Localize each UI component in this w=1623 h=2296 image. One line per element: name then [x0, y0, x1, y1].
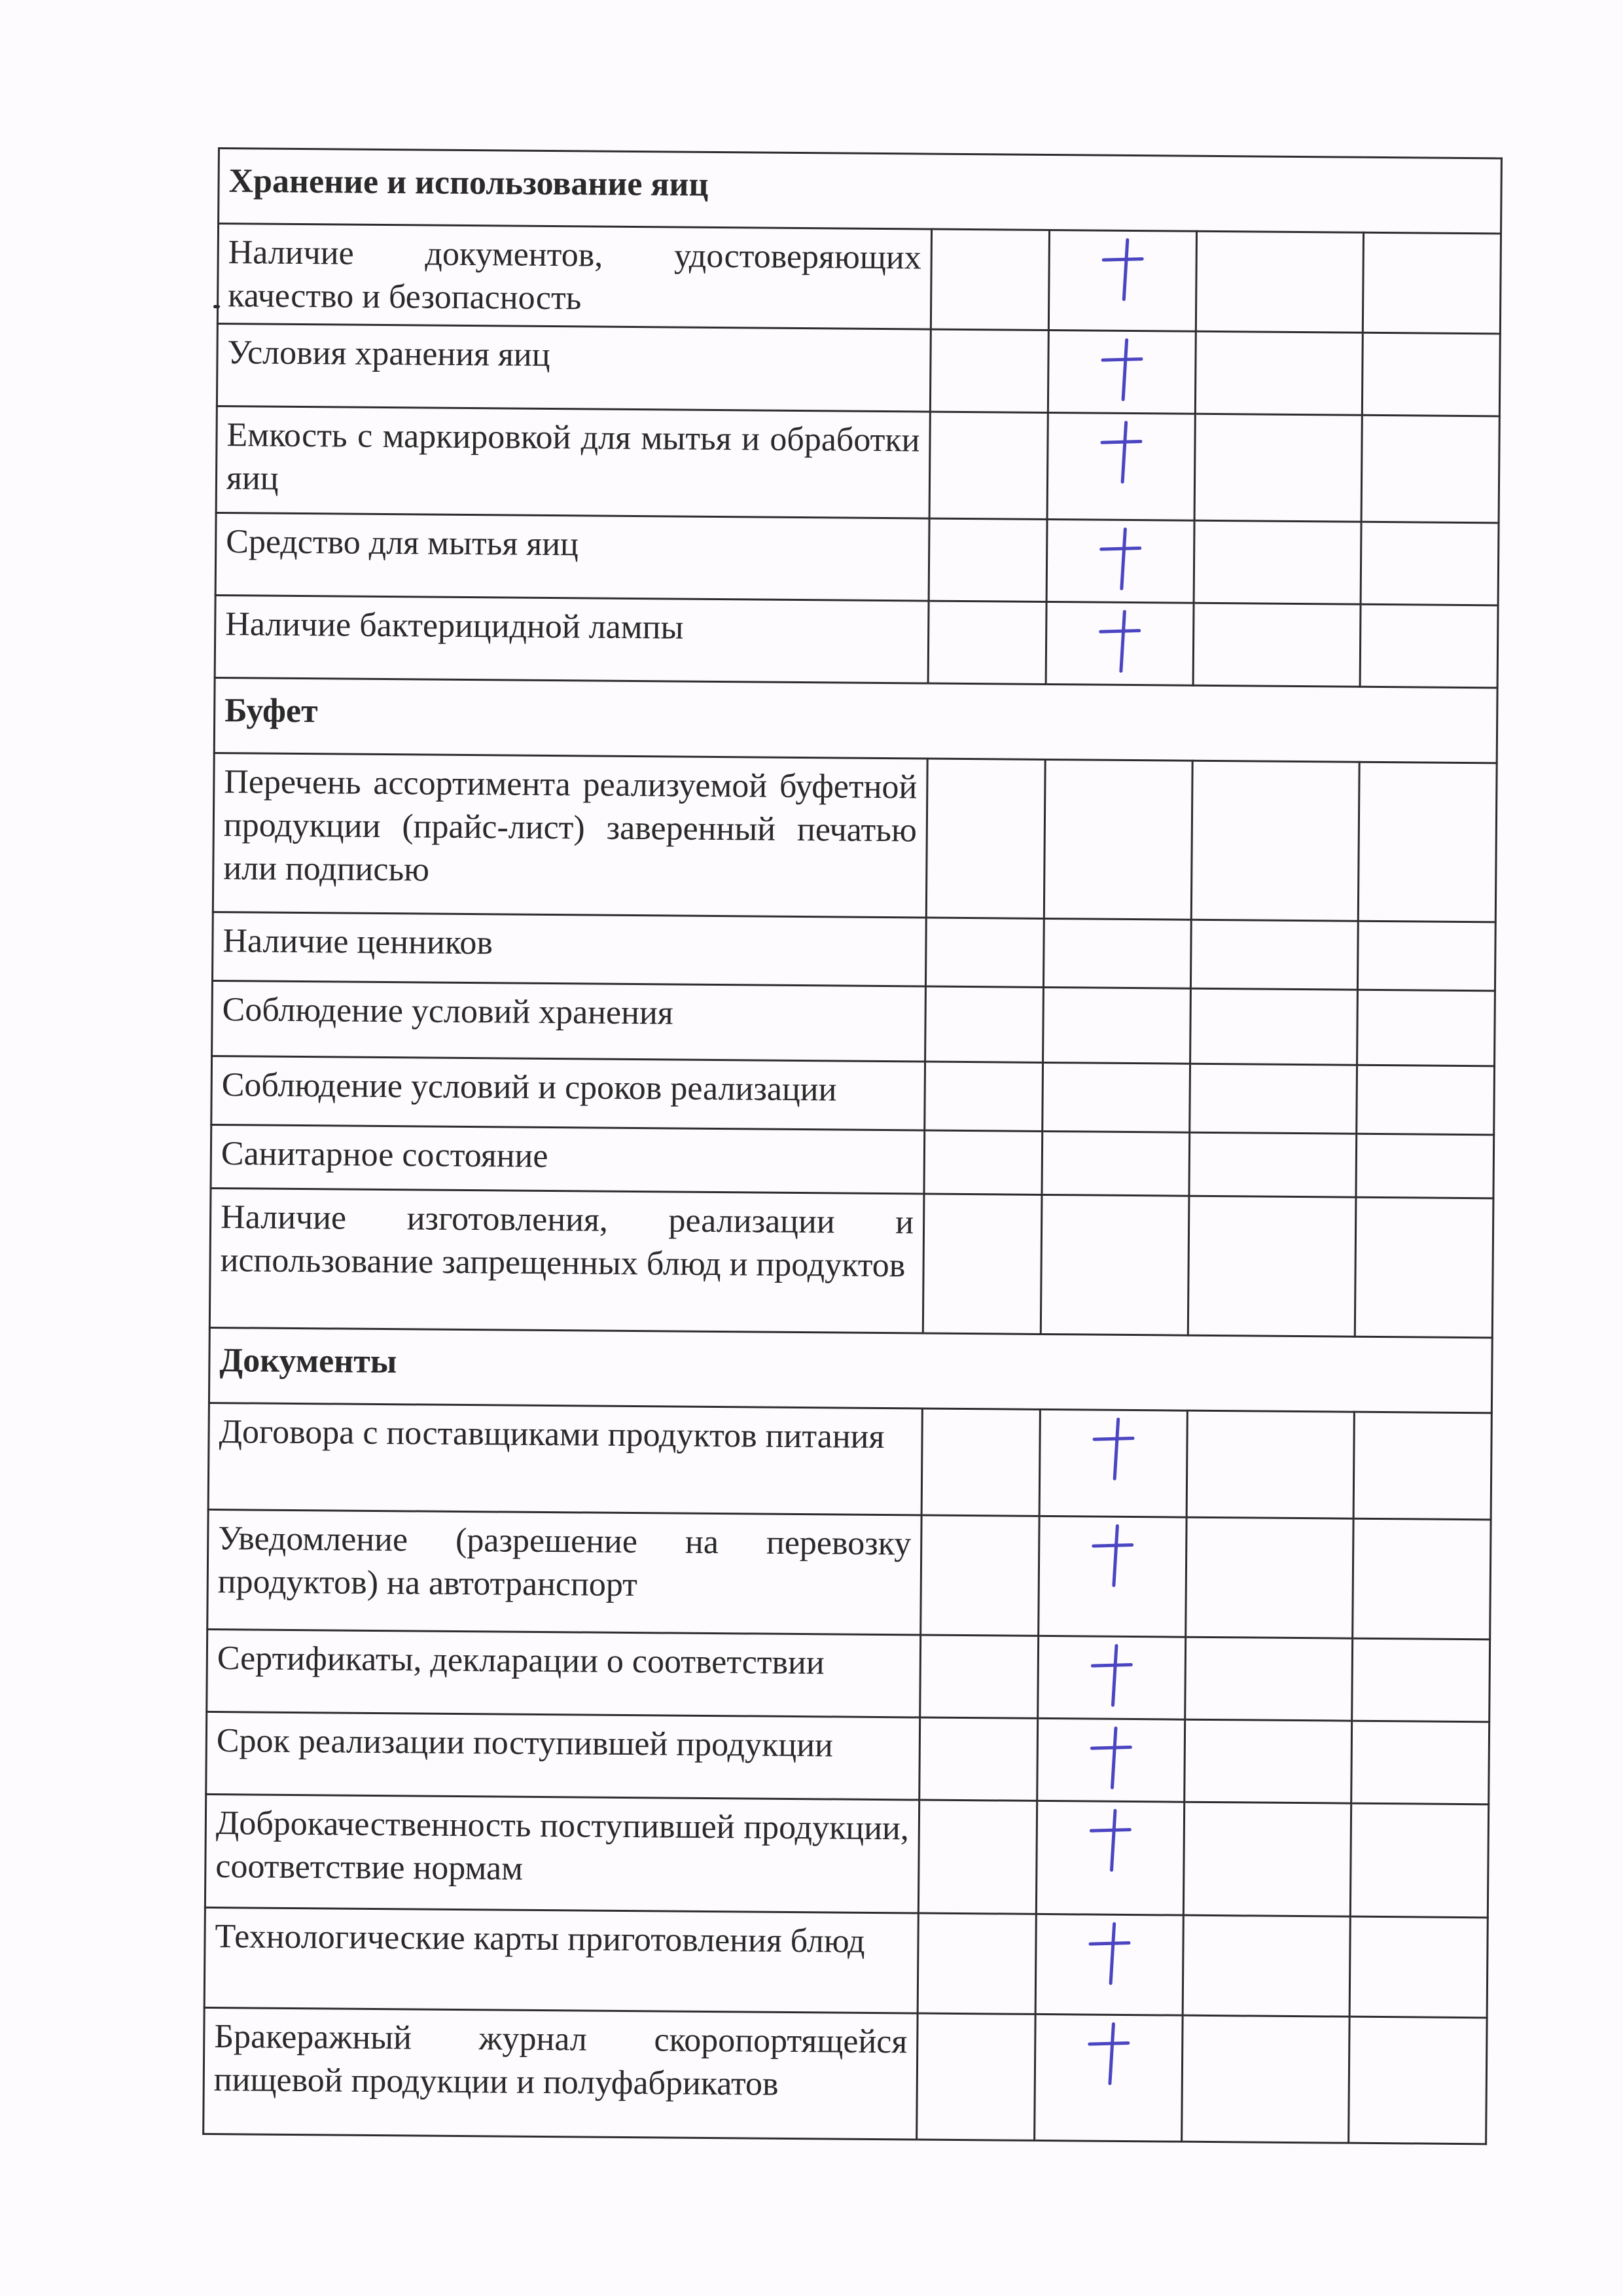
criterion-label: Наличие ценников: [212, 912, 926, 986]
mark-cell-3[interactable]: [1190, 1064, 1357, 1134]
section-header-row: Документы: [209, 1327, 1492, 1412]
mark-cell-1[interactable]: [918, 1913, 1036, 2014]
mark-cell-4[interactable]: [1362, 332, 1500, 416]
mark-cell-2[interactable]: [1038, 1636, 1186, 1719]
handwritten-plus-icon: [1090, 1727, 1132, 1789]
mark-cell-3[interactable]: [1190, 988, 1358, 1065]
criterion-label: Условия хранения яиц: [217, 324, 931, 412]
handwritten-plus-icon: [1089, 1809, 1132, 1872]
criterion-label: Наличие изготовления, реализации и испол…: [209, 1188, 924, 1333]
mark-cell-4[interactable]: [1355, 1197, 1493, 1338]
mark-cell-3[interactable]: [1186, 1517, 1353, 1638]
checklist-row: Уведомление (разрешение на перевозку про…: [207, 1509, 1491, 1639]
mark-cell-4[interactable]: [1349, 1916, 1488, 2018]
criterion-label: Соблюдение условий хранения: [212, 980, 926, 1062]
mark-cell-1[interactable]: [929, 518, 1047, 601]
mark-cell-3[interactable]: [1193, 603, 1361, 687]
mark-cell-2[interactable]: [1046, 519, 1194, 603]
mark-cell-4[interactable]: [1349, 2017, 1488, 2144]
mark-cell-3[interactable]: [1185, 1637, 1353, 1721]
checklist-row: Срок реализации поступившей продукции: [206, 1712, 1489, 1804]
checklist-row: Соблюдение условий хранения: [212, 980, 1495, 1066]
handwritten-plus-icon: [1100, 421, 1143, 484]
checklist-row: Соблюдение условий и сроков реализации: [211, 1056, 1495, 1134]
mark-cell-2[interactable]: [1043, 987, 1191, 1064]
criterion-label: Соблюдение условий и сроков реализации: [211, 1056, 925, 1130]
mark-cell-1[interactable]: [929, 412, 1048, 519]
mark-cell-1[interactable]: [917, 2013, 1036, 2140]
checklist-row: Средство для мытья яиц: [215, 512, 1499, 605]
mark-cell-1[interactable]: [928, 601, 1046, 684]
mark-cell-2[interactable]: [1046, 601, 1194, 685]
mark-cell-2[interactable]: [1047, 412, 1195, 520]
section-header-row: Хранение и использование яиц: [219, 149, 1502, 234]
mark-cell-1[interactable]: [925, 918, 1044, 987]
mark-cell-3[interactable]: [1183, 1802, 1351, 1916]
handwritten-plus-icon: [1099, 610, 1141, 673]
criterion-label: Договора с поставщиками продуктов питани…: [208, 1403, 922, 1515]
mark-cell-2[interactable]: [1043, 1062, 1190, 1132]
mark-cell-4[interactable]: [1363, 232, 1501, 334]
mark-cell-3[interactable]: [1195, 331, 1363, 415]
mark-cell-3[interactable]: [1196, 231, 1363, 332]
mark-cell-3[interactable]: [1183, 1915, 1350, 2017]
mark-cell-2[interactable]: [1037, 1718, 1185, 1802]
mark-cell-4[interactable]: [1357, 990, 1495, 1066]
checklist-row: Наличие изготовления, реализации и испол…: [209, 1188, 1493, 1337]
mark-cell-1[interactable]: [923, 1194, 1042, 1334]
mark-cell-1[interactable]: [925, 986, 1044, 1062]
criterion-label: Наличие документов, удостоверяющих качес…: [217, 224, 931, 330]
mark-cell-3[interactable]: [1190, 920, 1358, 990]
mark-cell-3[interactable]: [1194, 414, 1362, 522]
mark-cell-3[interactable]: [1185, 1719, 1352, 1803]
checklist-row: Сертификаты, декларации о соответствии: [207, 1629, 1490, 1721]
mark-cell-1[interactable]: [931, 229, 1049, 330]
criterion-label: Наличие бактерицидной лампы: [215, 595, 929, 683]
section-title: Буфет: [214, 677, 1497, 762]
handwritten-plus-icon: [1092, 1418, 1135, 1480]
criterion-label: Емкость с маркировкой для мытья и обрабо…: [216, 406, 930, 518]
mark-cell-4[interactable]: [1358, 762, 1497, 922]
criterion-label: Сертификаты, декларации о соответствии: [207, 1629, 921, 1717]
checklist-row: Бракеражный журнал скоропортящейся пищев…: [204, 2007, 1487, 2144]
handwritten-plus-icon: [1101, 238, 1144, 301]
mark-cell-1[interactable]: [918, 1800, 1037, 1914]
mark-cell-4[interactable]: [1352, 1638, 1490, 1722]
mark-cell-4[interactable]: [1351, 1721, 1489, 1804]
handwritten-plus-icon: [1088, 2022, 1130, 2085]
mark-cell-4[interactable]: [1361, 415, 1499, 523]
checklist-row: Наличие ценников: [212, 912, 1495, 990]
mark-cell-4[interactable]: [1356, 1134, 1494, 1198]
handwritten-plus-icon: [1099, 528, 1142, 590]
checklist-row: Условия хранения яиц: [217, 324, 1500, 416]
mark-cell-2[interactable]: [1035, 2014, 1183, 2142]
mark-cell-4[interactable]: [1357, 921, 1495, 991]
section-header-row: Буфет: [214, 677, 1497, 762]
checklist-row: Технологические карты приготовления блюд: [204, 1907, 1488, 2017]
checklist-row: Наличие документов, удостоверяющих качес…: [217, 224, 1501, 334]
mark-cell-3[interactable]: [1189, 1132, 1357, 1197]
mark-cell-4[interactable]: [1361, 522, 1499, 605]
mark-cell-2[interactable]: [1036, 1801, 1184, 1915]
checklist-row: Санитарное состояние: [211, 1124, 1494, 1198]
mark-cell-1[interactable]: [924, 1130, 1043, 1194]
mark-cell-4[interactable]: [1353, 1518, 1491, 1640]
criterion-label: Санитарное состояние: [211, 1124, 925, 1194]
mark-cell-3[interactable]: [1182, 2015, 1350, 2143]
checklist-row: Доброкачественность поступившей продукци…: [205, 1794, 1488, 1917]
mark-cell-2[interactable]: [1042, 1131, 1190, 1196]
checklist-row: Емкость с маркировкой для мытья и обрабо…: [216, 406, 1499, 522]
mark-cell-3[interactable]: [1194, 520, 1361, 604]
mark-cell-4[interactable]: [1350, 1803, 1488, 1918]
mark-cell-2[interactable]: [1039, 1409, 1187, 1517]
mark-cell-4[interactable]: [1353, 1412, 1491, 1520]
mark-cell-3[interactable]: [1186, 1410, 1354, 1518]
mark-cell-1[interactable]: [919, 1717, 1038, 1801]
mark-cell-2[interactable]: [1048, 330, 1196, 414]
handwritten-plus-icon: [1092, 1524, 1134, 1587]
handwritten-plus-icon: [1101, 338, 1143, 401]
criterion-label: Технологические карты приготовления блюд: [204, 1907, 918, 2013]
checklist-row: Наличие бактерицидной лампы: [215, 595, 1498, 687]
mark-cell-2[interactable]: [1048, 230, 1196, 331]
mark-cell-1[interactable]: [920, 1635, 1039, 1718]
mark-cell-2[interactable]: [1041, 1194, 1189, 1335]
inspection-checklist-table: Хранение и использование яицНаличие доку…: [202, 147, 1503, 2145]
checklist-row: Перечень ассортимента реализуемой буфетн…: [213, 753, 1497, 922]
mark-cell-2[interactable]: [1043, 918, 1191, 988]
mark-cell-1[interactable]: [921, 1408, 1040, 1516]
handwritten-plus-icon: [1088, 1922, 1131, 1985]
mark-cell-4[interactable]: [1360, 604, 1498, 688]
criterion-label: Перечень ассортимента реализуемой буфетн…: [213, 753, 927, 918]
mark-cell-2[interactable]: [1035, 1914, 1183, 2015]
mark-cell-1[interactable]: [921, 1515, 1039, 1636]
criterion-label: Срок реализации поступившей продукции: [206, 1712, 920, 1800]
scanned-page: Хранение и использование яицНаличие доку…: [0, 0, 1623, 2296]
mark-cell-3[interactable]: [1191, 761, 1359, 921]
criterion-label: Уведомление (разрешение на перевозку про…: [207, 1509, 921, 1635]
section-title: Документы: [209, 1327, 1492, 1412]
handwritten-plus-icon: [1090, 1644, 1133, 1707]
section-title: Хранение и использование яиц: [219, 149, 1502, 234]
criterion-label: Бракеражный журнал скоропортящейся пищев…: [204, 2007, 918, 2140]
mark-cell-1[interactable]: [925, 1062, 1043, 1131]
mark-cell-2[interactable]: [1039, 1516, 1186, 1637]
mark-cell-1[interactable]: [926, 759, 1045, 918]
mark-cell-2[interactable]: [1044, 759, 1192, 920]
checklist-row: Договора с поставщиками продуктов питани…: [208, 1403, 1491, 1519]
criterion-label: Средство для мытья яиц: [215, 512, 929, 601]
mark-cell-3[interactable]: [1188, 1196, 1356, 1336]
mark-cell-1[interactable]: [930, 329, 1048, 412]
criterion-label: Доброкачественность поступившей продукци…: [205, 1794, 919, 1913]
mark-cell-4[interactable]: [1357, 1065, 1495, 1135]
